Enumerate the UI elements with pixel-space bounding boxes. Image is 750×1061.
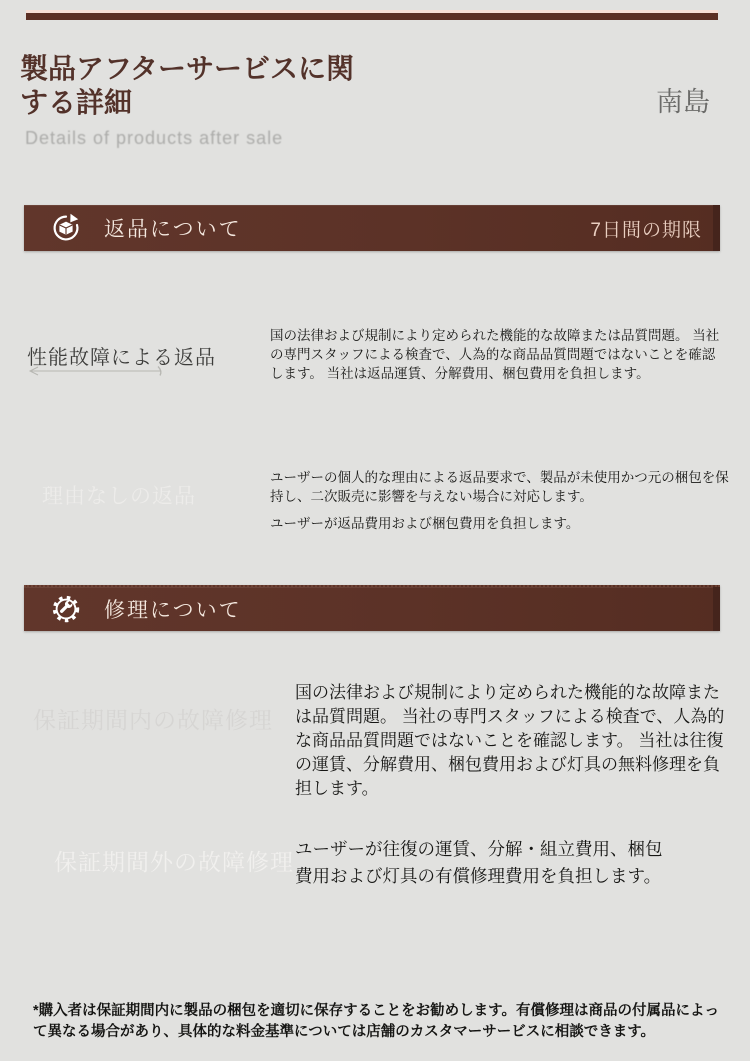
page-title-line1: 製品アフターサービスに関 bbox=[20, 52, 440, 86]
page-subtitle: Details of products after sale bbox=[25, 128, 283, 149]
row-title-out-of-warranty-repair: 保証期間外の故障修理 bbox=[54, 844, 294, 877]
returns-banner-label: 返品について bbox=[104, 213, 242, 243]
brand-name: 南島 bbox=[656, 80, 710, 119]
row-body-in-warranty-repair: 国の法律および規制により定められた機能的な故障または品質問題。 当社の専門スタッ… bbox=[295, 681, 733, 801]
repairs-banner-label: 修理について bbox=[104, 594, 242, 624]
top-accent-bar bbox=[26, 13, 718, 20]
page-title: 製品アフターサービスに関 する詳細 bbox=[20, 52, 440, 120]
banner-right-edge bbox=[713, 587, 720, 631]
returns-section-banner: 返品について 7日間の期限 bbox=[24, 205, 720, 251]
faded-arrow-underline bbox=[25, 365, 170, 377]
after-sales-service-page: 製品アフターサービスに関 する詳細 南島 Details of products… bbox=[0, 0, 750, 1061]
row-body-performance-failure-return: 国の法律および規制により定められた機能的な故障または品質問題。 当社の専門スタッ… bbox=[270, 326, 722, 383]
gear-wrench-icon bbox=[50, 593, 82, 625]
row-body-no-reason-return-costs: ユーザーが返品費用および梱包費用を負担します。 bbox=[270, 514, 730, 533]
row-title-no-reason-return: 理由なしの返品 bbox=[42, 480, 196, 510]
row-body-out-of-warranty-repair: ユーザーが往復の運賃、分解・組立費用、梱包費用および灯具の有償修理費用を負担しま… bbox=[295, 836, 677, 890]
footer-note: *購入者は保証期間内に製品の梱包を適切に保存することをお勧めします。有償修理は商… bbox=[33, 1001, 725, 1043]
page-title-line2: する詳細 bbox=[20, 86, 440, 120]
repairs-section-banner: 修理について bbox=[24, 585, 720, 631]
returns-deadline-badge: 7日間の期限 bbox=[590, 215, 702, 242]
row-title-in-warranty-repair: 保証期間内の故障修理 bbox=[33, 702, 273, 735]
return-package-icon bbox=[50, 212, 82, 244]
banner-right-edge bbox=[713, 205, 720, 251]
row-body-no-reason-return: ユーザーの個人的な理由による返品要求で、製品が未使用かつ元の梱包を保持し、二次販… bbox=[270, 468, 730, 506]
